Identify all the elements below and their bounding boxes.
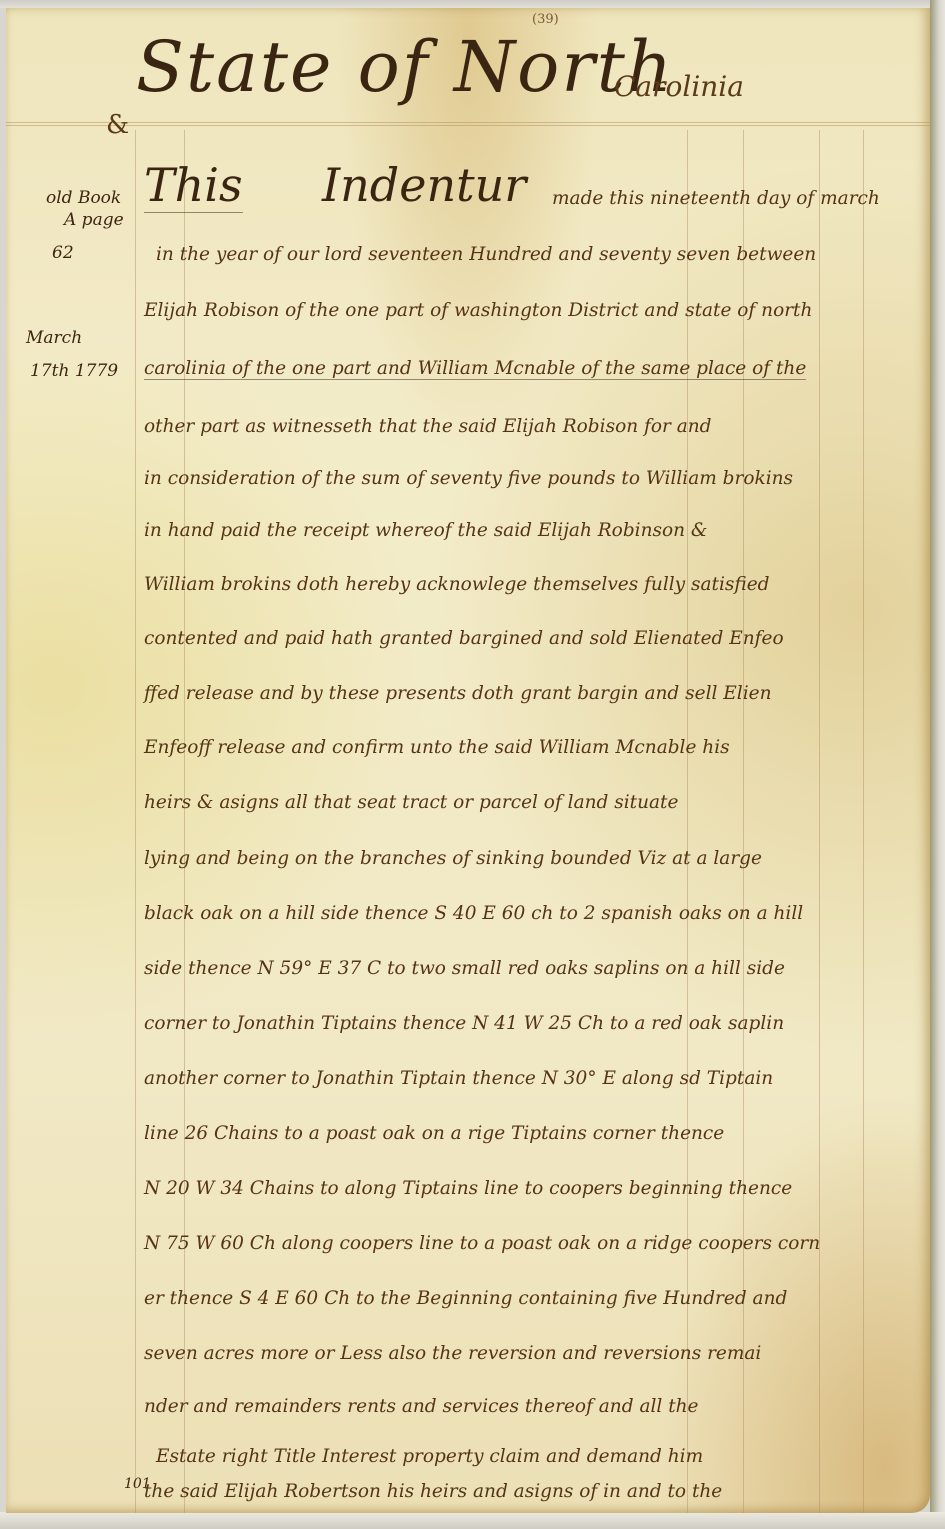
text-line-19: N 20 W 34 Chains to along Tiptains line … (144, 1178, 792, 1199)
margin-a-page: A page (64, 210, 124, 230)
margin-rule (135, 130, 136, 1513)
scan-border-right (930, 0, 945, 1529)
text-line-10: ffed release and by these presents doth … (144, 683, 772, 704)
scan-border-bottom (0, 1512, 945, 1529)
text-line-2: in the year of our lord seventeen Hundre… (156, 244, 816, 265)
text-line-3: Elijah Robison of the one part of washin… (144, 300, 812, 321)
text-line-11: Enfeoff release and confirm unto the sai… (144, 737, 730, 758)
text-line-24: Estate right Title Interest property cla… (156, 1446, 703, 1467)
text-line-1: made this nineteenth day of march (552, 188, 880, 209)
column-rule-5 (863, 130, 864, 1513)
column-rule-4 (819, 130, 820, 1513)
document-title-continuation: Carolinia (614, 70, 744, 103)
text-line-5: other part as witnesseth that the said E… (144, 416, 712, 437)
margin-date-month: March (26, 328, 82, 348)
margin-old-book: old Book (46, 188, 121, 208)
document-title: State of North (136, 26, 674, 108)
margin-page-number: 62 (52, 243, 74, 263)
text-line-9: contented and paid hath granted bargined… (144, 628, 784, 649)
text-line-16: corner to Jonathin Tiptains thence N 41 … (144, 1013, 784, 1034)
opening-flourish: & (106, 110, 129, 140)
text-line-4: carolinia of the one part and William Mc… (144, 358, 806, 380)
text-line-22: seven acres more or Less also the revers… (144, 1343, 761, 1364)
text-line-6: in consideration of the sum of seventy f… (144, 468, 793, 489)
text-line-23: nder and remainders rents and services t… (144, 1396, 699, 1417)
text-line-12: heirs & asigns all that seat tract or pa… (144, 792, 678, 813)
header-rule (6, 122, 930, 123)
heading-this: This (144, 158, 243, 213)
scan-border-top (0, 0, 945, 8)
text-line-13: lying and being on the branches of sinki… (144, 848, 762, 869)
page-number: (39) (532, 12, 559, 27)
text-line-15: side thence N 59° E 37 C to two small re… (144, 958, 785, 979)
margin-date-day-year: 17th 1779 (30, 361, 118, 381)
text-line-8: William brokins doth hereby acknowlege t… (144, 574, 770, 595)
text-line-14: black oak on a hill side thence S 40 E 6… (144, 903, 803, 924)
heading-indentur: Indentur (322, 158, 526, 212)
text-line-20: N 75 W 60 Ch along coopers line to a poa… (144, 1233, 820, 1254)
header-rule-double (6, 125, 930, 126)
text-line-18: line 26 Chains to a poast oak on a rige … (144, 1123, 724, 1144)
text-line-25: the said Elijah Robertson his heirs and … (144, 1481, 722, 1502)
text-line-17: another corner to Jonathin Tiptain thenc… (144, 1068, 773, 1089)
manuscript-page: (39) State of North Carolinia & This Ind… (6, 8, 930, 1513)
text-line-7: in hand paid the receipt whereof the sai… (144, 520, 707, 541)
text-line-21: er thence S 4 E 60 Ch to the Beginning c… (144, 1288, 787, 1309)
